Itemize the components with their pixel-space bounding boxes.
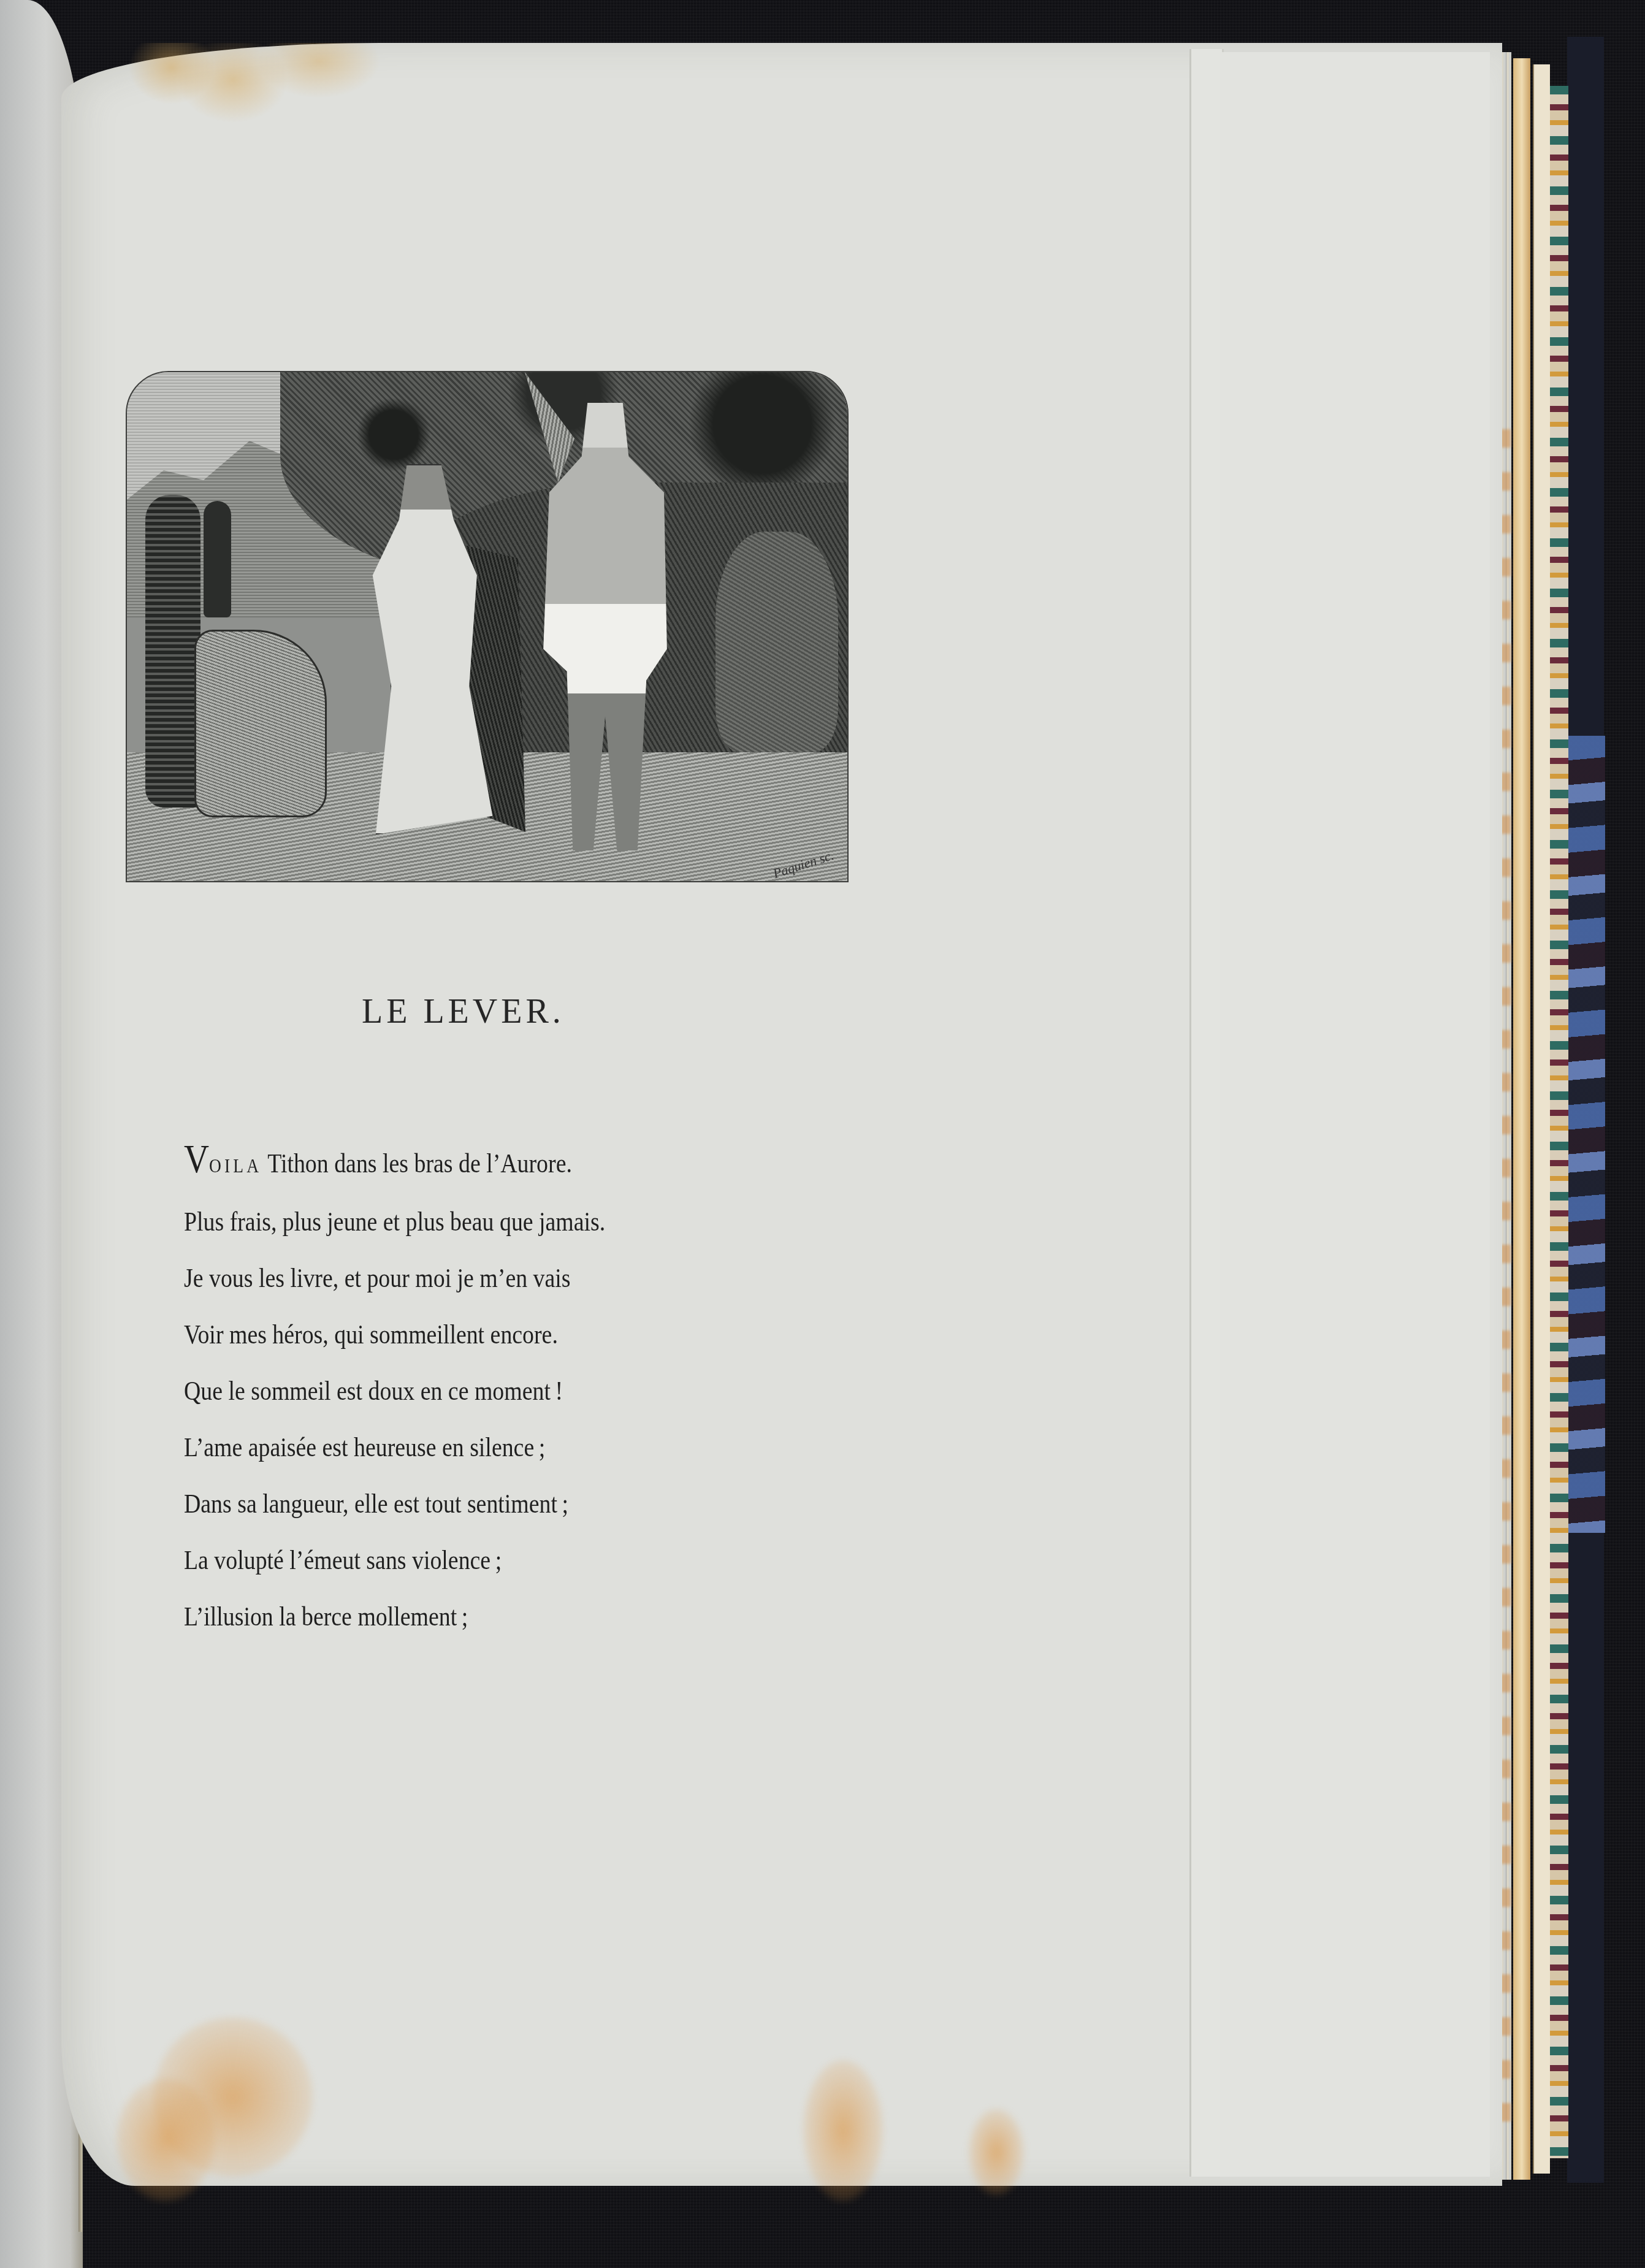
peacock-figure	[145, 495, 200, 808]
verse-text: Tithon dans les bras de l’Aurore.	[262, 1148, 572, 1178]
foxing-stain	[116, 2079, 215, 2201]
verse-line-1: VOILA Tithon dans les bras de l’Aurore.	[184, 1131, 817, 1194]
folded-flap	[1220, 52, 1490, 2177]
foxing-stain	[969, 2109, 1024, 2195]
foxing-stain	[803, 2060, 883, 2201]
page-edge-tan	[1513, 58, 1530, 2180]
verse-line: Voir mes héros, qui sommeillent encore.	[184, 1307, 817, 1363]
verse-line: L’illusion la berce mollement ;	[184, 1589, 817, 1645]
small-caps: OILA	[209, 1155, 262, 1177]
verse-line: Dans sa langueur, elle est tout sentimen…	[184, 1476, 817, 1532]
verse-line: La volupté l’émeut sans violence ;	[184, 1532, 817, 1589]
marbled-endpaper-dark	[1568, 736, 1605, 1533]
verse-line: Que le sommeil est doux en ce moment !	[184, 1363, 817, 1419]
page-edge-cream	[1533, 64, 1550, 2174]
sleeping-figures	[716, 532, 838, 752]
marbled-page-edge	[1550, 86, 1568, 2158]
verse-line: Plus frais, plus jeune et plus beau que …	[184, 1194, 817, 1250]
chariot-figure	[194, 630, 327, 817]
peacock-figure	[204, 501, 231, 617]
verse-line: Je vous les livre, et pour moi je m’en v…	[184, 1250, 817, 1307]
verse-line: L’ame apaisée est heureuse en silence ;	[184, 1419, 817, 1476]
poem-title: LE LEVER.	[362, 992, 619, 1031]
poem-verse: VOILA Tithon dans les bras de l’Aurore. …	[184, 1131, 920, 1645]
page-fold	[1189, 49, 1224, 2177]
drop-cap: V	[184, 1137, 209, 1182]
engraving-illustration: Paquien sc.	[126, 371, 849, 882]
